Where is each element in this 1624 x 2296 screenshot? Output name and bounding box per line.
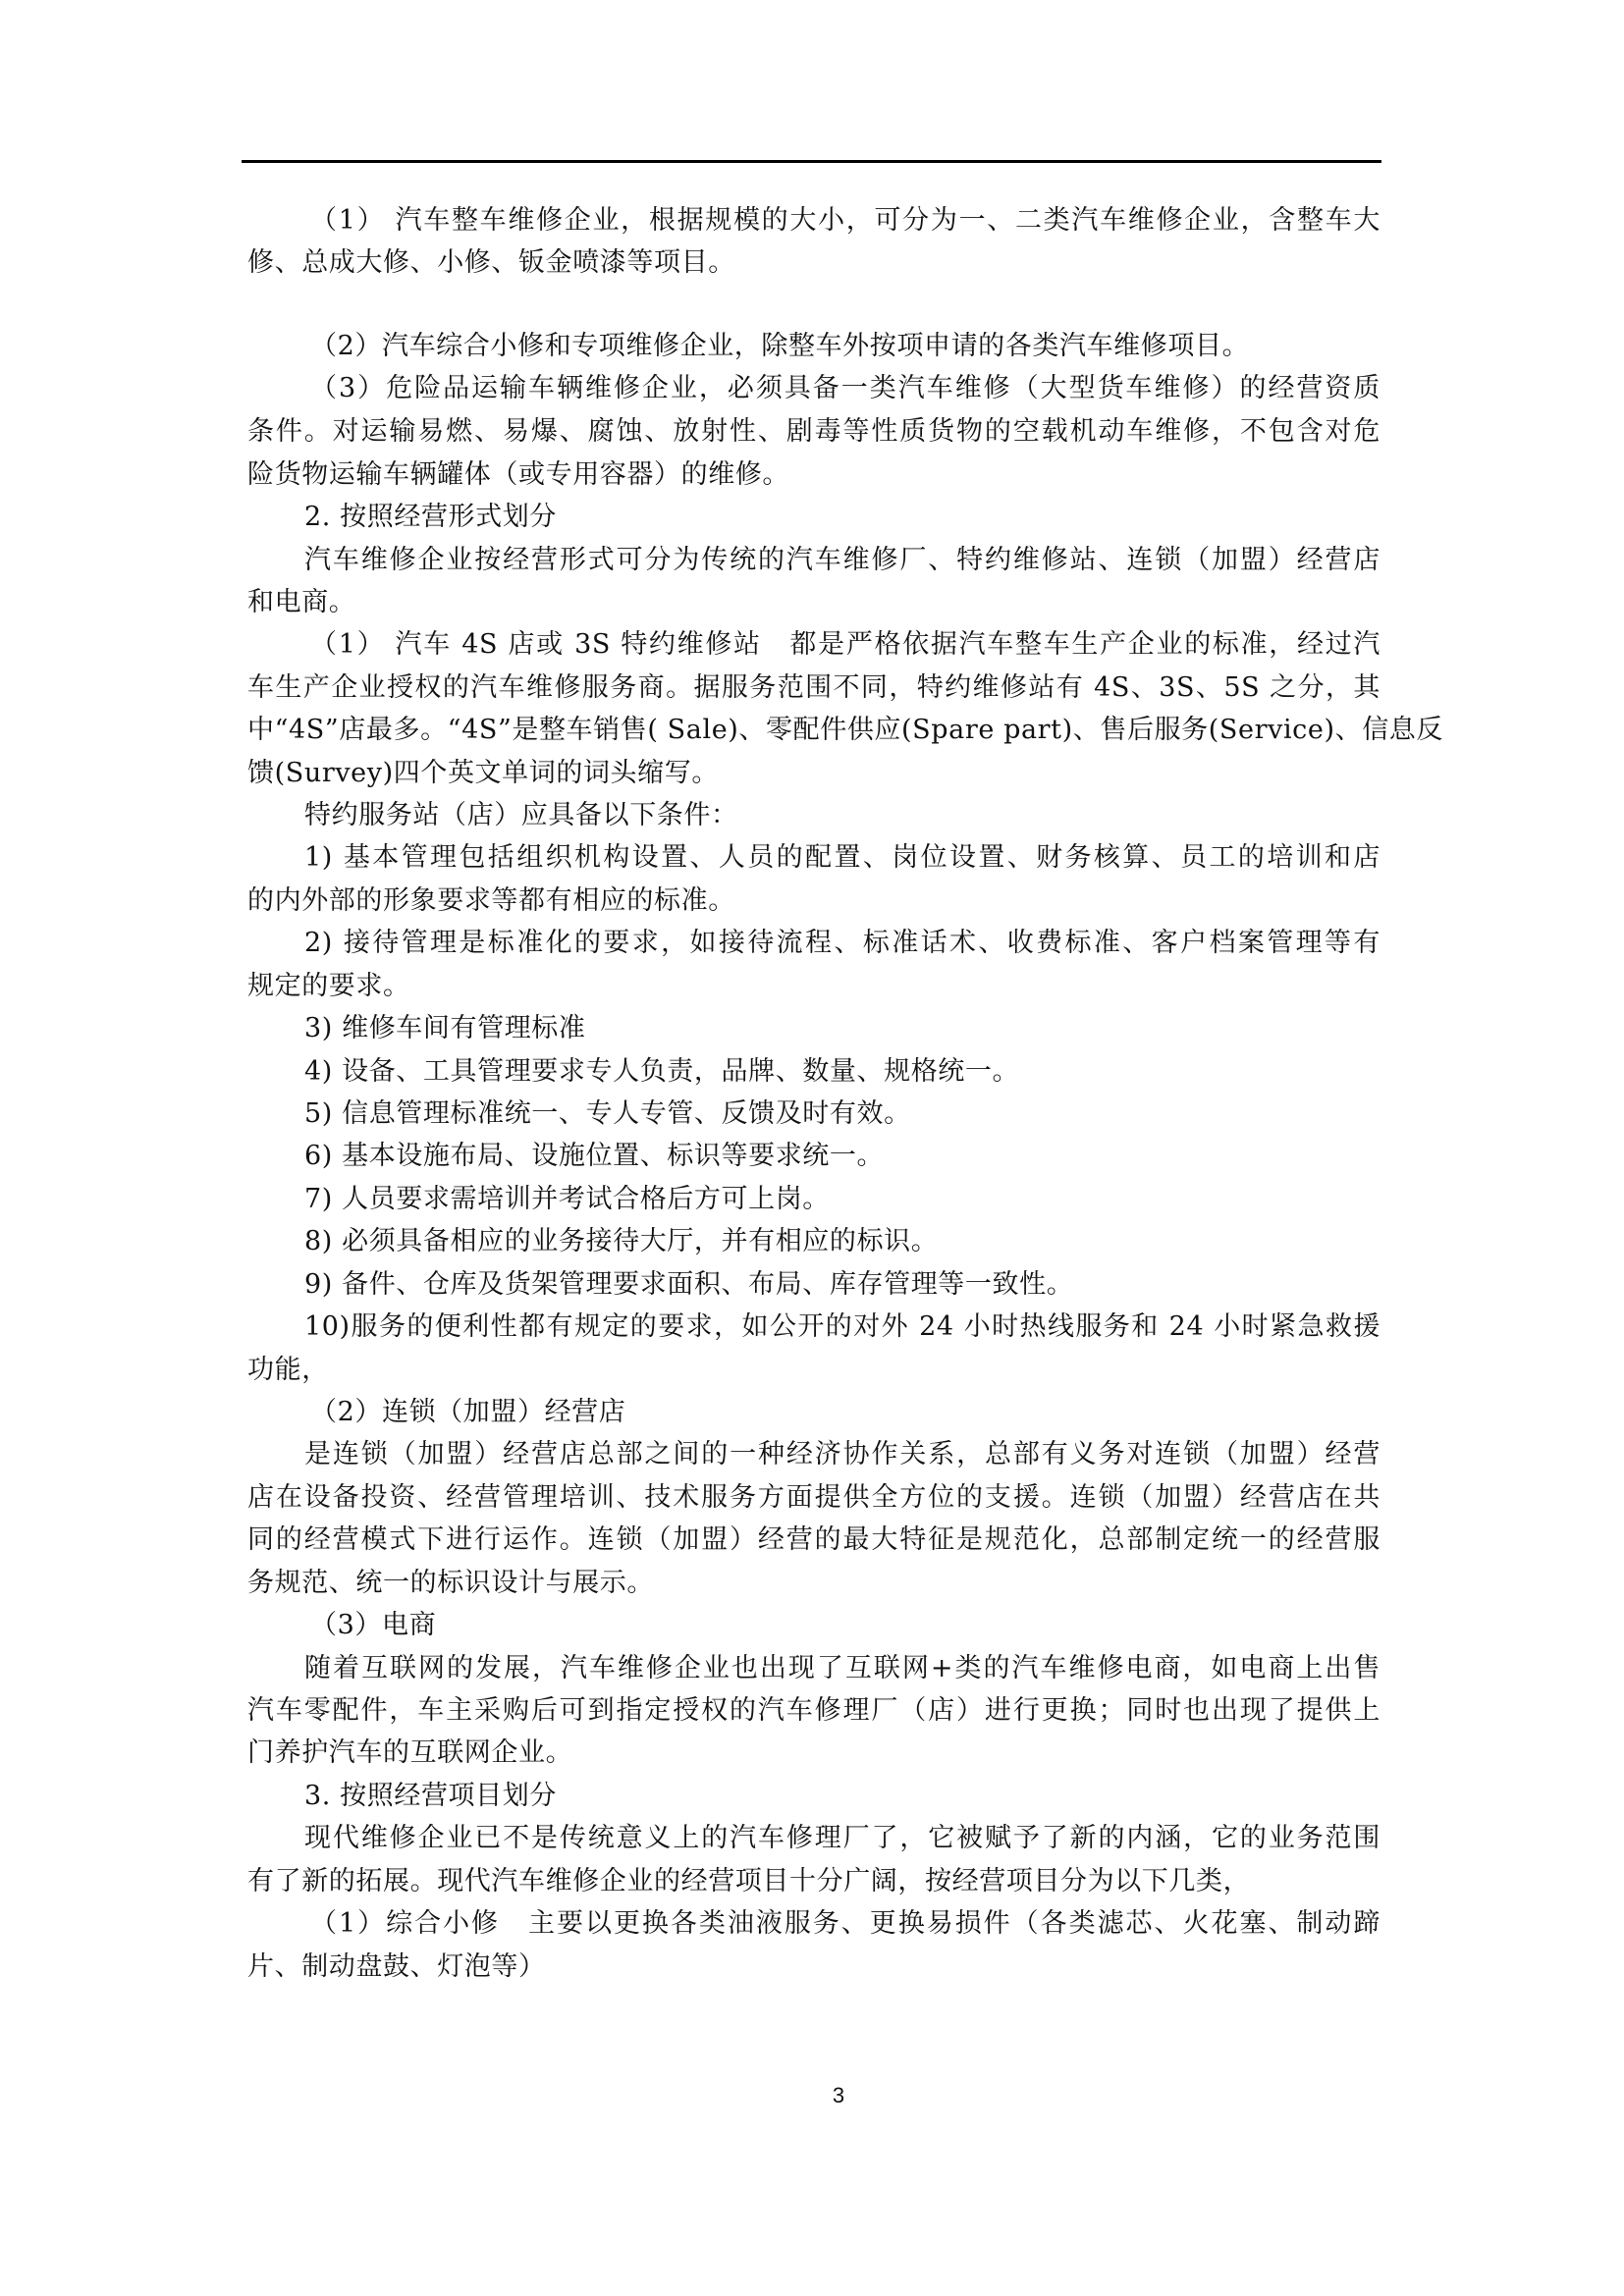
list-item: 8) 必须具备相应的业务接待大厅，并有相应的标识。 xyxy=(304,1224,938,1259)
list-item: 1) 基本管理包括组织机构设置、人员的配置、岗位设置、财务核算、员工的培训和店 xyxy=(304,840,1380,876)
list-item-continuation: 功能， xyxy=(247,1353,329,1388)
paragraph-line: 修、总成大修、小修、钣金喷漆等项目。 xyxy=(247,245,735,281)
list-item: 7) 人员要求需培训并考试合格后方可上岗。 xyxy=(304,1182,830,1217)
list-item: 4) 设备、工具管理要求专人负责，品牌、数量、规格统一。 xyxy=(304,1054,1019,1090)
page-number: 3 xyxy=(827,2081,850,2110)
paragraph-line: （2）汽车综合小修和专项维修企业，除整车外按项申请的各类汽车维修项目。 xyxy=(310,329,1249,364)
paragraph-line: 汽车维修企业按经营形式可分为传统的汽车维修厂、特约维修站、连锁（加盟）经营店 xyxy=(304,543,1380,578)
paragraph-line: 险货物运输车辆罐体（或专用容器）的维修。 xyxy=(247,457,789,493)
paragraph-line: 特约服务站（店）应具备以下条件： xyxy=(304,798,738,833)
paragraph-line: 片、制动盘鼓、灯泡等） xyxy=(247,1949,546,1985)
paragraph-line: 务规范、统一的标识设计与展示。 xyxy=(247,1566,654,1601)
section-heading: 3. 按照经营项目划分 xyxy=(304,1779,557,1814)
list-item: 9) 备件、仓库及货架管理要求面积、布局、库存管理等一致性。 xyxy=(304,1267,1073,1303)
paragraph-line: 是连锁（加盟）经营店总部之间的一种经济协作关系，总部有义务对连锁（加盟）经营 xyxy=(304,1437,1380,1472)
paragraph-line: （3）危险品运输车辆维修企业，必须具备一类汽车维修（大型货车维修）的经营资质 xyxy=(310,371,1380,406)
paragraph-line: 门养护汽车的互联网企业。 xyxy=(247,1735,572,1771)
list-item-continuation: 的内外部的形象要求等都有相应的标准。 xyxy=(247,883,735,919)
subsection-heading: （3）电商 xyxy=(310,1608,436,1643)
paragraph-line: （1）综合小修 主要以更换各类油液服务、更换易损件（各类滤芯、火花塞、制动蹄 xyxy=(310,1906,1380,1942)
paragraph-line: 中“4S”店最多。“4S”是整车销售( Sale)、零配件供应(Spare pa… xyxy=(247,713,1380,748)
paragraph-line: 有了新的拓展。现代汽车维修企业的经营项目十分广阔，按经营项目分为以下几类， xyxy=(247,1864,1250,1899)
paragraph-line: （1） 汽车 4S 店或 3S 特约维修站 都是严格依据汽车整车生产企业的标准，… xyxy=(310,627,1380,663)
paragraph-line: 车生产企业授权的汽车维修服务商。据服务范围不同，特约维修站有 4S、3S、5S … xyxy=(247,670,1380,706)
header-rule xyxy=(242,160,1381,163)
paragraph-line: 馈(Survey)四个英文单词的词头缩写。 xyxy=(247,756,719,791)
subsection-heading: （2）连锁（加盟）经营店 xyxy=(310,1395,625,1430)
list-item: 5) 信息管理标准统一、专人专管、反馈及时有效。 xyxy=(304,1096,911,1132)
paragraph-line: 现代维修企业已不是传统意义上的汽车修理厂了，它被赋予了新的内涵，它的业务范围 xyxy=(304,1821,1380,1856)
paragraph-line: 店在设备投资、经营管理培训、技术服务方面提供全方位的支援。连锁（加盟）经营店在共 xyxy=(247,1480,1380,1516)
paragraph-line: 和电商。 xyxy=(247,585,355,620)
paragraph-line: 随着互联网的发展，汽车维修企业也出现了互联网+类的汽车维修电商，如电商上出售 xyxy=(304,1651,1380,1686)
paragraph-line: 条件。对运输易燃、易爆、腐蚀、放射性、剧毒等性质货物的空载机动车维修，不包含对危 xyxy=(247,414,1380,450)
paragraph-line: 汽车零配件，车主采购后可到指定授权的汽车修理厂（店）进行更换；同时也出现了提供上 xyxy=(247,1693,1380,1729)
paragraph-line: 同的经营模式下进行运作。连锁（加盟）经营的最大特征是规范化，总部制定统一的经营服 xyxy=(247,1522,1380,1558)
list-item: 3) 维修车间有管理标准 xyxy=(304,1011,586,1046)
list-item-continuation: 规定的要求。 xyxy=(247,969,410,1004)
section-heading: 2. 按照经营形式划分 xyxy=(304,500,557,535)
paragraph-line: （1） 汽车整车维修企业，根据规模的大小，可分为一、二类汽车维修企业，含整车大 xyxy=(310,203,1380,239)
list-item: 2) 接待管理是标准化的要求，如接待流程、标准话术、收费标准、客户档案管理等有 xyxy=(304,926,1380,961)
list-item: 6) 基本设施布局、设施位置、标识等要求统一。 xyxy=(304,1139,884,1174)
list-item: 10)服务的便利性都有规定的要求，如公开的对外 24 小时热线服务和 24 小时… xyxy=(304,1309,1380,1345)
